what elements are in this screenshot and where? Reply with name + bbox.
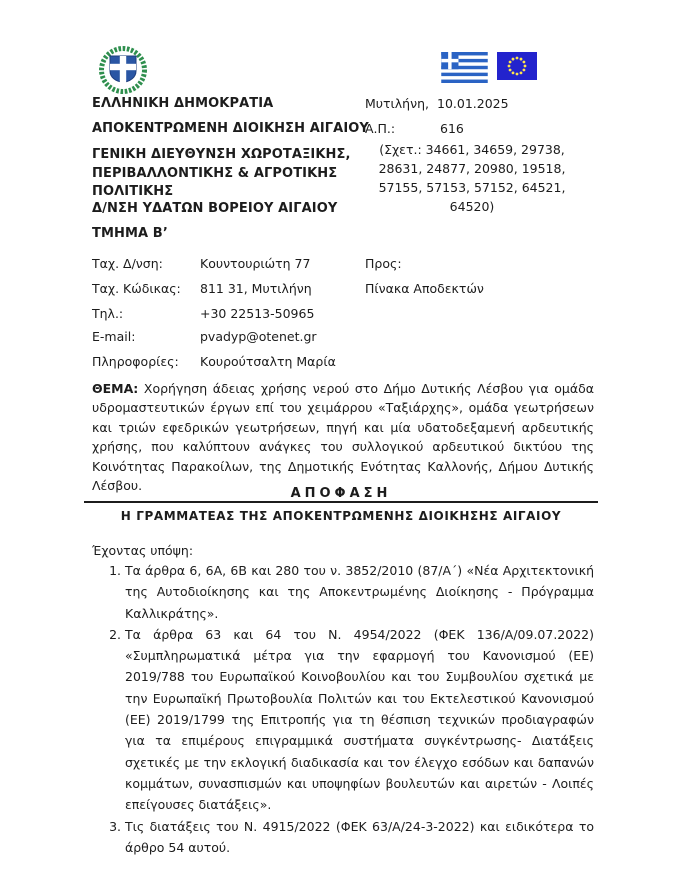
decision-subtitle: Η ΓΡΑΜΜΑΤΕΑΣ ΤΗΣ ΑΠΟΚΕΝΤΡΩΜΕΝΗΣ ΔΙΟΙΚΗΣΗ…	[84, 509, 598, 523]
protocol-label: Α.Π.:	[365, 121, 440, 137]
document-page: ΕΛΛΗΝΙΚΗ ΔΗΜΟΚΡΑΤΙΑ ΑΠΟΚΕΝΤΡΩΜΕΝΗ ΔΙΟΙΚΗ…	[0, 0, 678, 874]
subject-paragraph: ΘΕΜΑ: Χορήγηση άδειας χρήσης νερού στο Δ…	[84, 379, 598, 503]
list-item: Τα άρθρα 6, 6Α, 6Β και 280 του ν. 3852/2…	[125, 560, 594, 624]
preamble: Έχοντας υπόψη:	[92, 543, 193, 559]
recipient-label: Προς:	[365, 256, 402, 272]
decision-title: ΑΠΟΦΑΣΗ	[84, 486, 598, 501]
contact-value: Κουρούτσαλτη Μαρία	[200, 354, 336, 370]
department-title: ΤΜΗΜΑ Β’	[92, 226, 168, 242]
subject-label: ΘΕΜΑ:	[92, 381, 138, 396]
related-references: (Σχετ.: 34661, 34659, 29738, 28631, 2487…	[366, 140, 578, 216]
legal-considerations-list: Τα άρθρα 6, 6Α, 6Β και 280 του ν. 3852/2…	[92, 560, 594, 858]
contact-row-address: Ταχ. Δ/νση: Κουντουριώτη 77	[92, 256, 310, 272]
list-item: Τα άρθρα 63 και 64 του Ν. 4954/2022 (ΦΕΚ…	[125, 624, 594, 816]
contact-label: Ταχ. Δ/νση:	[92, 256, 200, 272]
subject-text: Χορήγηση άδειας χρήσης νερού στο Δήμο Δυ…	[92, 381, 594, 493]
greek-flag-icon	[437, 52, 492, 87]
date-value: 10.01.2025	[437, 96, 509, 112]
flags	[437, 52, 537, 87]
contact-value: pvadyp@otenet.gr	[200, 329, 317, 345]
contact-label: Πληροφορίες:	[92, 354, 200, 370]
protocol-number: 616	[440, 121, 464, 137]
contact-row-info: Πληροφορίες: Κουρούτσαλτη Μαρία	[92, 354, 336, 370]
directorate-title: Δ/ΝΣΗ ΥΔΑΤΩΝ ΒΟΡΕΙΟΥ ΑΙΓΑΙΟΥ	[92, 201, 337, 217]
directorate-general-title: ΓΕΝΙΚΗ ΔΙΕΥΘΥΝΣΗ ΧΩΡΟΤΑΞΙΚΗΣ, ΠΕΡΙΒΑΛΛΟΝ…	[92, 146, 354, 202]
contact-value: Κουντουριώτη 77	[200, 256, 310, 272]
contact-label: Τηλ.:	[92, 306, 200, 322]
contact-label: Ταχ. Κώδικας:	[92, 281, 200, 297]
administration-title: ΑΠΟΚΕΝΤΡΩΜΕΝΗ ΔΙΟΙΚΗΣΗ ΑΙΓΑΙΟΥ	[92, 121, 369, 137]
eu-flag-icon	[497, 52, 537, 84]
greek-coat-of-arms-icon	[94, 44, 152, 94]
city-label: Μυτιλήνη,	[365, 96, 437, 112]
contact-value: +30 22513-50965	[200, 306, 314, 322]
contact-row-phone: Τηλ.: +30 22513-50965	[92, 306, 314, 322]
city-date-row: Μυτιλήνη, 10.01.2025	[365, 96, 509, 112]
republic-title: ΕΛΛΗΝΙΚΗ ΔΗΜΟΚΡΑΤΙΑ	[92, 96, 273, 112]
contact-row-email: E-mail: pvadyp@otenet.gr	[92, 329, 317, 345]
protocol-row: Α.Π.: 616	[365, 121, 464, 137]
recipient-value: Πίνακα Αποδεκτών	[365, 281, 484, 297]
contact-label: E-mail:	[92, 329, 200, 345]
contact-row-postcode: Ταχ. Κώδικας: 811 31, Μυτιλήνη	[92, 281, 312, 297]
list-item: Τις διατάξεις του Ν. 4915/2022 (ΦΕΚ 63/Α…	[125, 816, 594, 859]
contact-value: 811 31, Μυτιλήνη	[200, 281, 312, 297]
